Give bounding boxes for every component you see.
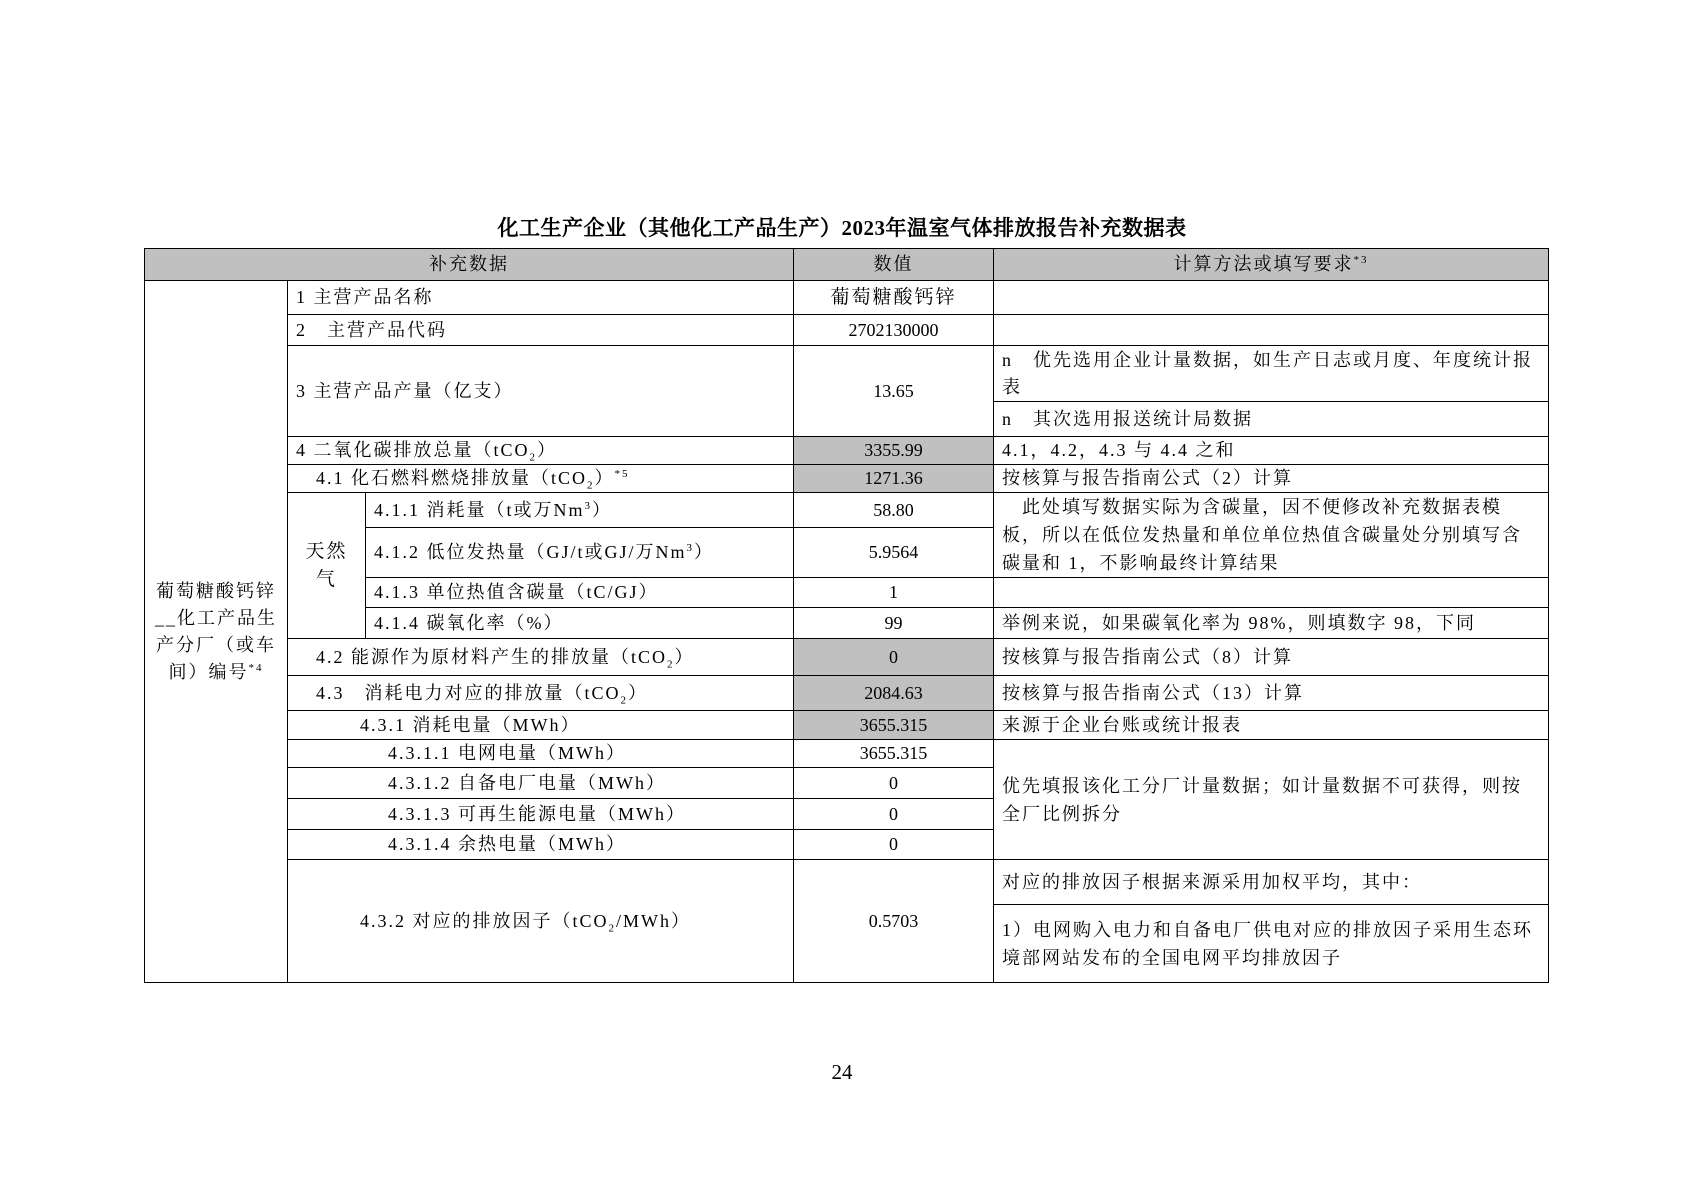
- header-value: 数值: [794, 249, 994, 281]
- page-number: 24: [0, 1060, 1684, 1085]
- row-label: 4.1.3 单位热值含碳量（tC/GJ）: [366, 578, 794, 608]
- row-label-sub: 2: [667, 658, 675, 670]
- table-row: 4.3.2 对应的排放因子（tCO2/MWh） 0.5703 对应的排放因子根据…: [145, 860, 1549, 905]
- row-label-end: ）: [595, 468, 615, 488]
- header-method-text: 计算方法或填写要求: [1174, 254, 1354, 274]
- row-value: 5.9564: [794, 528, 994, 578]
- row-label: 4.1.2 低位发热量（GJ/t或GJ/万Nm3）: [366, 528, 794, 578]
- row-value: 99: [794, 608, 994, 639]
- table-row: 3 主营产品产量（亿支） 13.65 n 优先选用企业计量数据，如生产日志或月度…: [145, 346, 1549, 402]
- row-label-text: 4.2 能源作为原材料产生的排放量（tCO: [316, 647, 667, 667]
- plant-label-cell: 葡萄糖酸钙锌__化工产品生产分厂（或车间）编号*4: [145, 281, 288, 983]
- row-method: 优先填报该化工分厂计量数据；如计量数据不可获得，则按全厂比例拆分: [994, 740, 1549, 860]
- row-label-text: 4.3.2 对应的排放因子（tCO: [360, 911, 609, 931]
- row-method: 来源于企业台账或统计报表: [994, 711, 1549, 740]
- row-value: 1271.36: [794, 465, 994, 493]
- row-label: 4.2 能源作为原材料产生的排放量（tCO2）: [288, 639, 794, 676]
- table-row: 4.2 能源作为原材料产生的排放量（tCO2） 0 按核算与报告指南公式（8）计…: [145, 639, 1549, 676]
- row-label: 4.3 消耗电力对应的排放量（tCO2）: [288, 676, 794, 711]
- row-method: [994, 578, 1549, 608]
- row-value: 3655.315: [794, 711, 994, 740]
- row-label: 4.3.1 消耗电量（MWh）: [288, 711, 794, 740]
- row-value: 葡萄糖酸钙锌: [794, 281, 994, 315]
- row-label: 2 主营产品代码: [288, 315, 794, 346]
- row-method: 对应的排放因子根据来源采用加权平均，其中：: [994, 860, 1549, 905]
- row-label-note: *5: [615, 468, 630, 480]
- row-method: n 优先选用企业计量数据，如生产日志或月度、年度统计报表: [994, 346, 1549, 402]
- row-label: 4.3.1.3 可再生能源电量（MWh）: [288, 799, 794, 830]
- row-label-end: /MWh）: [616, 911, 691, 931]
- row-label-sub: 2: [621, 694, 629, 706]
- row-label-sub: 2: [530, 452, 538, 464]
- table-row: 4.3.1 消耗电量（MWh） 3655.315 来源于企业台账或统计报表: [145, 711, 1549, 740]
- row-label: 1 主营产品名称: [288, 281, 794, 315]
- row-value: 3655.315: [794, 740, 994, 768]
- row-label-sub: 2: [587, 480, 595, 492]
- row-label-end: ）: [675, 647, 695, 667]
- table-row: 天然气 4.1.1 消耗量（t或万Nm3） 58.80 此处填写数据实际为含碳量…: [145, 493, 1549, 528]
- page-title: 化工生产企业（其他化工产品生产）2023年温室气体排放报告补充数据表: [0, 212, 1684, 242]
- row-method: 4.1，4.2，4.3 与 4.4 之和: [994, 437, 1549, 465]
- row-label: 4.3.1.2 自备电厂电量（MWh）: [288, 768, 794, 799]
- row-method: 此处填写数据实际为含碳量，因不便修改补充数据表模板，所以在低位发热量和单位单位热…: [994, 493, 1549, 578]
- row-value: 0: [794, 639, 994, 676]
- row-label: 3 主营产品产量（亿支）: [288, 346, 794, 437]
- row-label-end: ）: [694, 542, 714, 562]
- table-row: 4.1 化石燃料燃烧排放量（tCO2）*5 1271.36 按核算与报告指南公式…: [145, 465, 1549, 493]
- row-label-text: 4.3 消耗电力对应的排放量（tCO: [316, 683, 621, 703]
- supplementary-data-table: 补充数据 数值 计算方法或填写要求*3 葡萄糖酸钙锌__化工产品生产分厂（或车间…: [144, 248, 1549, 983]
- table-row: 4.3.1.1 电网电量（MWh） 3655.315 优先填报该化工分厂计量数据…: [145, 740, 1549, 768]
- fuel-label: 天然气: [288, 493, 366, 639]
- row-value: 0: [794, 768, 994, 799]
- table-row: 4 二氧化碳排放总量（tCO2） 3355.99 4.1，4.2，4.3 与 4…: [145, 437, 1549, 465]
- table-header-row: 补充数据 数值 计算方法或填写要求*3: [145, 249, 1549, 281]
- row-label-sub: 2: [609, 922, 617, 934]
- row-label: 4.1.4 碳氧化率（%）: [366, 608, 794, 639]
- row-value: 58.80: [794, 493, 994, 528]
- row-label-end: ）: [628, 683, 648, 703]
- table-row: 4.3 消耗电力对应的排放量（tCO2） 2084.63 按核算与报告指南公式（…: [145, 676, 1549, 711]
- header-method-note: *3: [1354, 254, 1369, 266]
- row-label-end: ）: [592, 500, 612, 520]
- row-method: [994, 281, 1549, 315]
- row-method: 举例来说，如果碳氧化率为 98%，则填数字 98，下同: [994, 608, 1549, 639]
- row-value: 0: [794, 830, 994, 860]
- row-label: 4.3.1.1 电网电量（MWh）: [288, 740, 794, 768]
- row-method: 按核算与报告指南公式（13）计算: [994, 676, 1549, 711]
- row-label-text: 4.1.1 消耗量（t或万Nm: [374, 500, 585, 520]
- row-value: 13.65: [794, 346, 994, 437]
- row-label-end: ）: [537, 440, 557, 460]
- row-method: n 其次选用报送统计局数据: [994, 402, 1549, 437]
- row-label: 4 二氧化碳排放总量（tCO2）: [288, 437, 794, 465]
- row-label-text: 4.1 化石燃料燃烧排放量（tCO: [316, 468, 587, 488]
- row-value: 2702130000: [794, 315, 994, 346]
- row-value: 2084.63: [794, 676, 994, 711]
- row-value: 3355.99: [794, 437, 994, 465]
- row-label: 4.3.2 对应的排放因子（tCO2/MWh）: [288, 860, 794, 983]
- row-value: 1: [794, 578, 994, 608]
- row-label-sup: 3: [585, 500, 593, 512]
- row-method: [994, 315, 1549, 346]
- header-supplementary-data: 补充数据: [145, 249, 794, 281]
- row-label-sup: 3: [687, 542, 695, 554]
- row-value: 0.5703: [794, 860, 994, 983]
- plant-label-note: *4: [249, 662, 264, 674]
- row-label-text: 4.1.2 低位发热量（GJ/t或GJ/万Nm: [374, 542, 687, 562]
- row-label-text: 4 二氧化碳排放总量（tCO: [296, 440, 530, 460]
- row-label: 4.1.1 消耗量（t或万Nm3）: [366, 493, 794, 528]
- row-value: 0: [794, 799, 994, 830]
- header-method: 计算方法或填写要求*3: [994, 249, 1549, 281]
- table-row: 葡萄糖酸钙锌__化工产品生产分厂（或车间）编号*4 1 主营产品名称 葡萄糖酸钙…: [145, 281, 1549, 315]
- row-label: 4.3.1.4 余热电量（MWh）: [288, 830, 794, 860]
- row-method: 按核算与报告指南公式（2）计算: [994, 465, 1549, 493]
- row-label: 4.1 化石燃料燃烧排放量（tCO2）*5: [288, 465, 794, 493]
- row-method: 1）电网购入电力和自备电厂供电对应的排放因子采用生态环境部网站发布的全国电网平均…: [994, 905, 1549, 983]
- table-row: 2 主营产品代码 2702130000: [145, 315, 1549, 346]
- row-method: 按核算与报告指南公式（8）计算: [994, 639, 1549, 676]
